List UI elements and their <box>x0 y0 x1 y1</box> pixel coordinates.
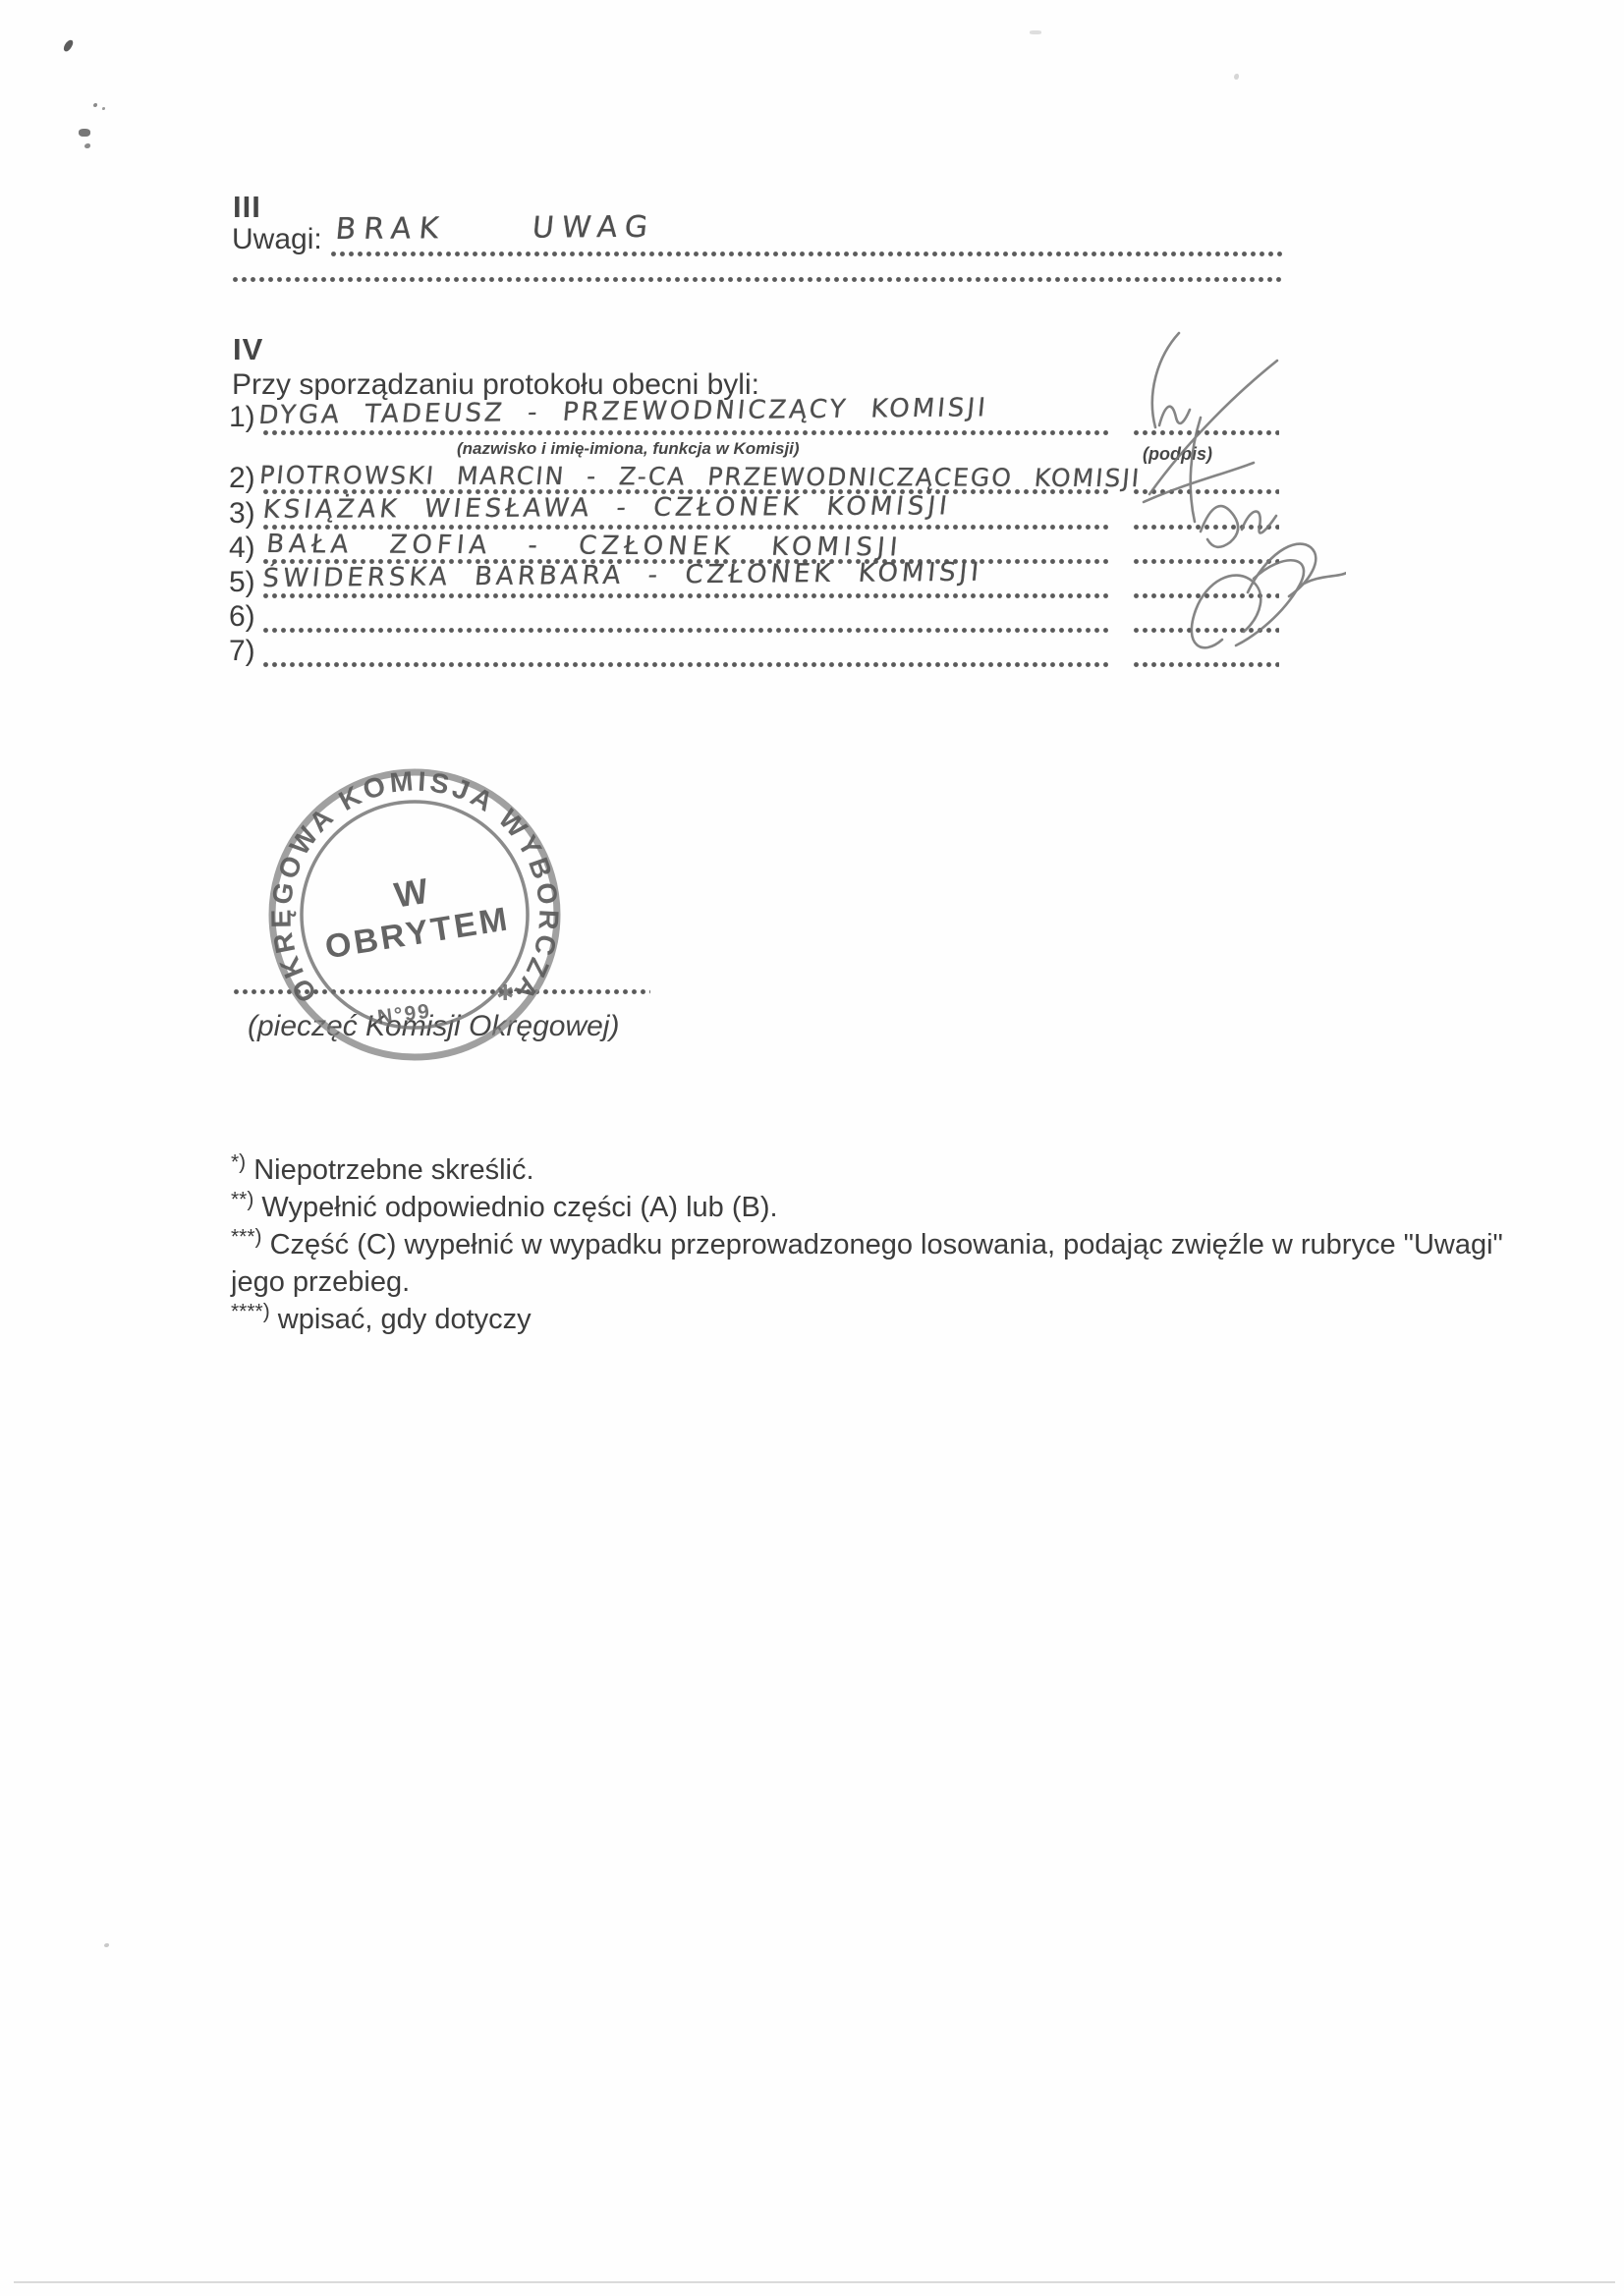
scan-edge-line <box>14 2281 1615 2283</box>
scan-artifact <box>1030 30 1041 34</box>
uwagi-dotted-line-2 <box>232 276 1282 283</box>
section-iii-heading: III <box>233 190 261 225</box>
footnotes: *) Niepotrzebne skreślić. **) Wypełnić o… <box>231 1151 1508 1338</box>
row-handwritten-entry: BAŁA ZOFIA - CZŁONEK KOMISJI <box>265 530 904 562</box>
footnote-marker: ***) <box>231 1225 262 1248</box>
stamp-bottom-text: N°99 <box>376 1000 432 1030</box>
name-dotted-line <box>262 429 1108 436</box>
scan-artifact <box>93 103 97 107</box>
footnote-text: Niepotrzebne skreślić. <box>246 1154 533 1186</box>
footnote: ****) wpisać, gdy dotyczy <box>231 1301 1508 1338</box>
scan-artifact <box>62 38 74 53</box>
footnote-text: Wypełnić odpowiednio części (A) lub (B). <box>253 1192 777 1223</box>
scan-artifact <box>79 129 90 137</box>
stamp-center-line1: W <box>391 870 430 916</box>
footnote-marker: **) <box>231 1188 253 1210</box>
footnote-marker: *) <box>231 1150 246 1173</box>
uwagi-dotted-line <box>330 251 1282 257</box>
scan-artifact <box>84 143 90 148</box>
name-caption: (nazwisko i imię-imiona, funkcja w Komis… <box>457 439 800 459</box>
signatures-ink <box>1100 329 1346 693</box>
row-handwritten-entry: PIOTROWSKI MARCIN - Z-CA PRZEWODNICZĄCEG… <box>258 461 1142 492</box>
scan-artifact <box>102 107 105 110</box>
name-dotted-line <box>262 661 1108 668</box>
name-dotted-line <box>262 592 1108 599</box>
scanned-protocol-page: III Uwagi: BRAK UWAG IV Przy sporządzani… <box>0 0 1624 2296</box>
row-handwritten-entry: DYGA TADEUSZ - PRZEWODNICZĄCY KOMISJI <box>257 393 989 430</box>
row-handwritten-entry: KSIĄŻAK WIESŁAWA - CZŁONEK KOMISJI <box>261 491 952 525</box>
footnote: **) Wypełnić odpowiednio części (A) lub … <box>231 1189 1508 1226</box>
footnote: *) Niepotrzebne skreślić. <box>231 1151 1508 1189</box>
round-stamp: OKRĘGOWA KOMISJA WYBORCZA W OBRYTEM ✱ N°… <box>257 757 572 1072</box>
stamp-star: ✱ <box>496 980 514 1005</box>
row-handwritten-entry: ŚWIDERSKA BARBARA - CZŁONEK KOMISJI <box>261 558 983 593</box>
footnote: ***) Część (C) wypełnić w wypadku przepr… <box>231 1226 1508 1301</box>
uwagi-handwritten-entry: BRAK UWAG <box>334 210 657 247</box>
section-iv-heading: IV <box>233 332 263 367</box>
scan-artifact <box>104 1943 109 1947</box>
footnote-text: wpisać, gdy dotyczy <box>270 1304 532 1335</box>
scan-artifact <box>1234 74 1239 80</box>
footnote-marker: ****) <box>231 1300 270 1322</box>
uwagi-label: Uwagi: <box>232 223 322 256</box>
name-dotted-line <box>262 627 1108 634</box>
footnote-text: Część (C) wypełnić w wypadku przeprowadz… <box>231 1229 1503 1298</box>
